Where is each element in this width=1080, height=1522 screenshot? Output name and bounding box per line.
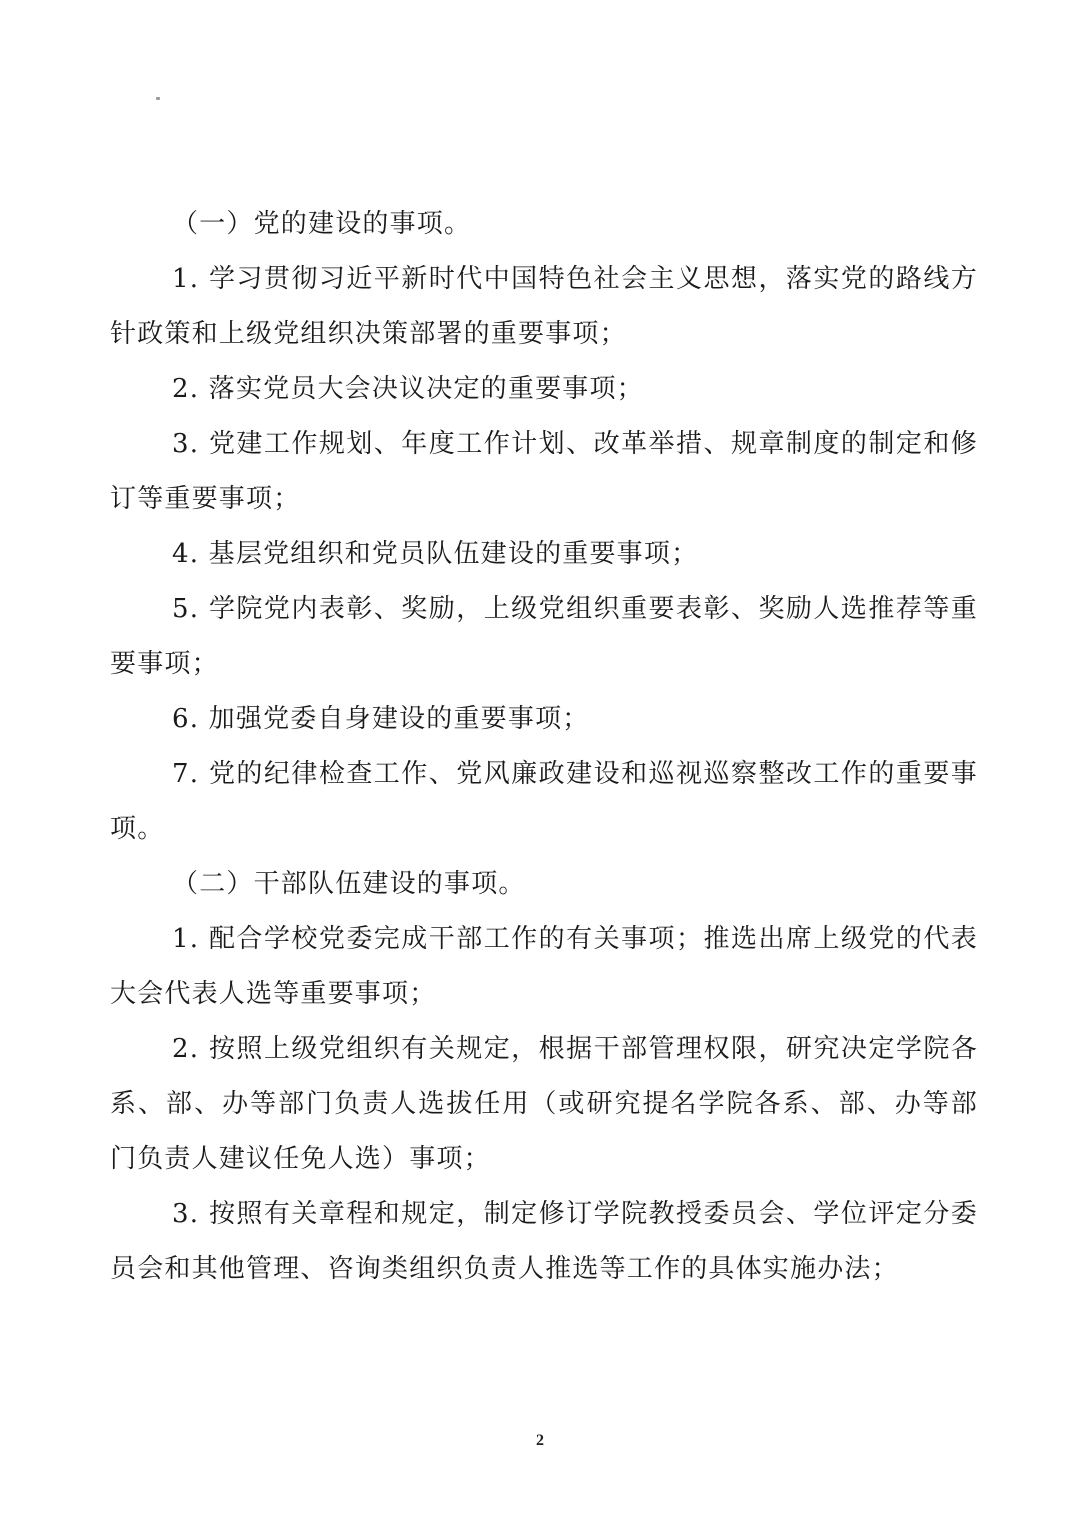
list-item: 4. 基层党组织和党员队伍建设的重要事项； (110, 527, 978, 582)
section-heading-party-building: （一）党的建设的事项。 (110, 197, 978, 252)
document-page: （一）党的建设的事项。 1. 学习贯彻习近平新时代中国特色社会主义思想，落实党的… (0, 0, 1080, 1522)
list-item: 6. 加强党委自身建设的重要事项； (110, 692, 978, 747)
list-item: 3. 党建工作规划、年度工作计划、改革举措、规章制度的制定和修订等重要事项； (110, 417, 978, 527)
page-number: 2 (0, 1432, 1080, 1450)
list-item: 2. 落实党员大会决议决定的重要事项； (110, 362, 978, 417)
list-item: 2. 按照上级党组织有关规定，根据干部管理权限，研究决定学院各系、部、办等部门负… (110, 1022, 978, 1187)
list-item: 7. 党的纪律检查工作、党风廉政建设和巡视巡察整改工作的重要事项。 (110, 747, 978, 857)
list-item: 1. 学习贯彻习近平新时代中国特色社会主义思想，落实党的路线方针政策和上级党组织… (110, 252, 978, 362)
list-item: 3. 按照有关章程和规定，制定修订学院教授委员会、学位评定分委员会和其他管理、咨… (110, 1187, 978, 1297)
section-heading-cadre-team: （二）干部队伍建设的事项。 (110, 857, 978, 912)
scan-speck (156, 97, 160, 100)
list-item: 1. 配合学校党委完成干部工作的有关事项；推选出席上级党的代表大会代表人选等重要… (110, 912, 978, 1022)
document-body: （一）党的建设的事项。 1. 学习贯彻习近平新时代中国特色社会主义思想，落实党的… (110, 197, 978, 1297)
list-item: 5. 学院党内表彰、奖励，上级党组织重要表彰、奖励人选推荐等重要事项； (110, 582, 978, 692)
